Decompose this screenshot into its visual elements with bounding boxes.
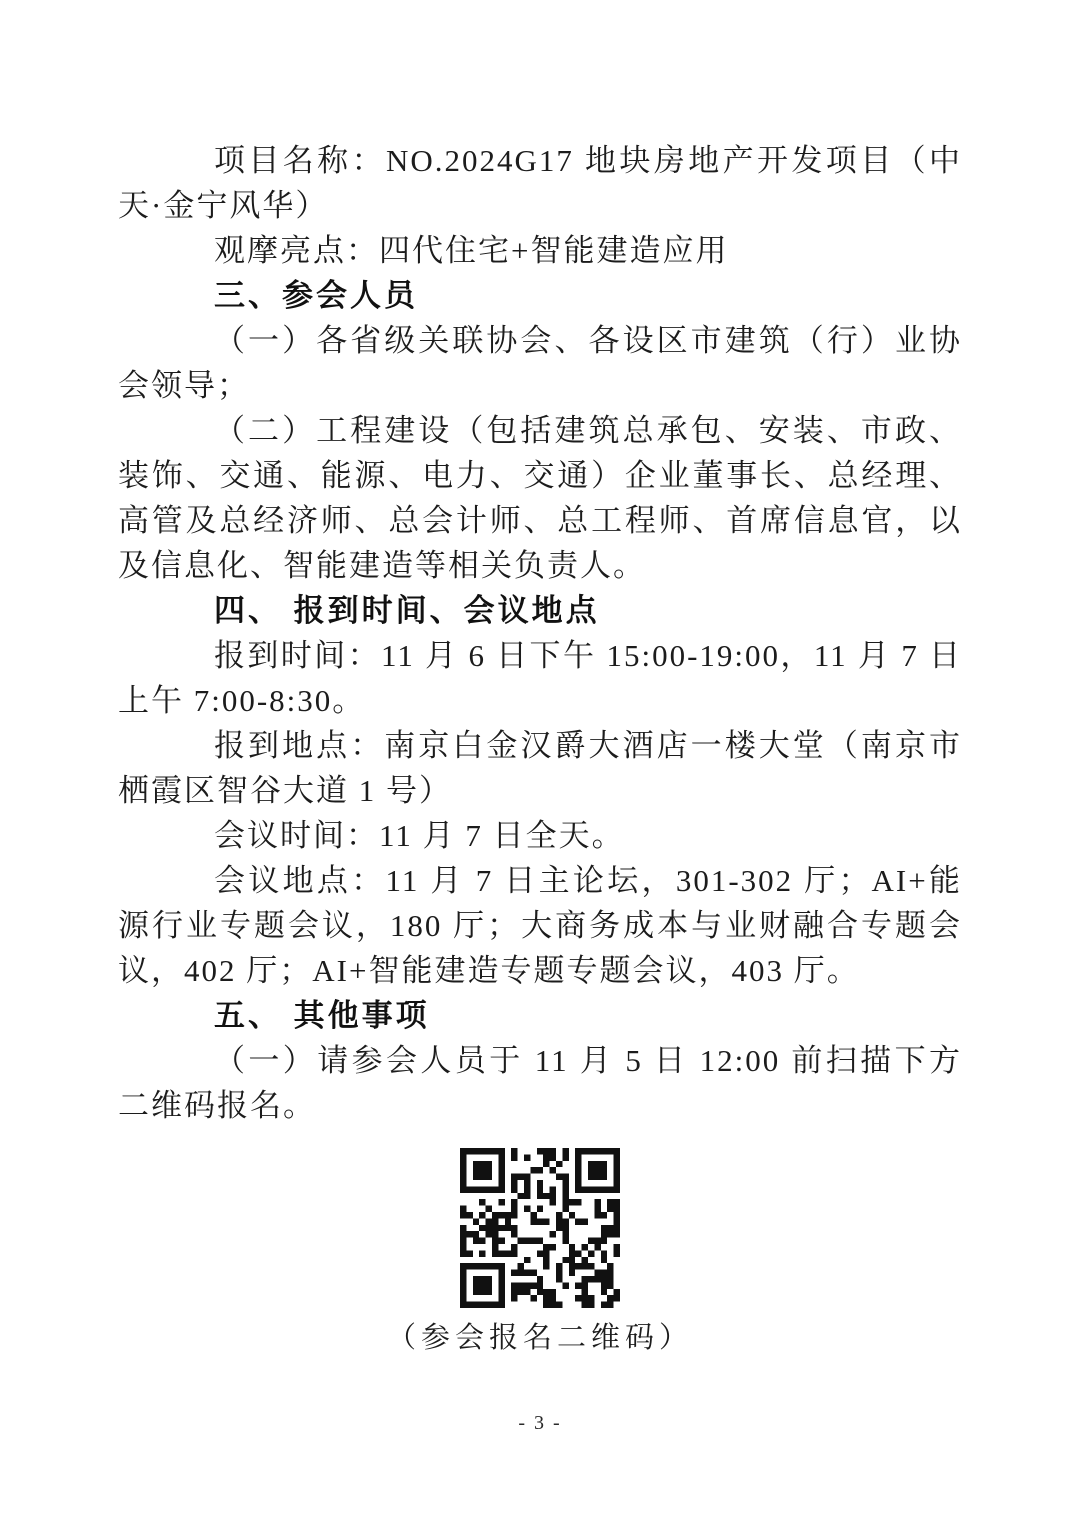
paragraph-participants-1: （一）各省级关联协会、各设区市建筑（行）业协会领导；	[118, 318, 962, 408]
document-page: 项目名称：NO.2024G17 地块房地产开发项目（中天·金宁风华） 观摩亮点：…	[0, 0, 1080, 1527]
paragraph-project-name: 项目名称：NO.2024G17 地块房地产开发项目（中天·金宁风华）	[118, 138, 962, 228]
registration-qr-code-icon	[460, 1148, 620, 1308]
section-heading-registration: 四、 报到时间、会议地点	[118, 588, 962, 633]
paragraph-checkin-time: 报到时间：11 月 6 日下午 15:00-19:00，11 月 7 日上午 7…	[118, 633, 962, 723]
section-heading-other-matters: 五、 其他事项	[118, 993, 962, 1038]
qr-caption: （参会报名二维码）	[118, 1316, 962, 1361]
paragraph-meeting-location: 会议地点：11 月 7 日主论坛，301-302 厅；AI+能源行业专题会议，1…	[118, 858, 962, 993]
section-heading-participants: 三、参会人员	[118, 273, 962, 318]
paragraph-checkin-location: 报到地点：南京白金汉爵大酒店一楼大堂（南京市栖霞区智谷大道 1 号）	[118, 723, 962, 813]
paragraph-scan-qr-notice: （一）请参会人员于 11 月 5 日 12:00 前扫描下方二维码报名。	[118, 1038, 962, 1128]
paragraph-participants-2: （二）工程建设（包括建筑总承包、安装、市政、装饰、交通、能源、电力、交通）企业董…	[118, 408, 962, 588]
paragraph-viewing-highlights: 观摩亮点：四代住宅+智能建造应用	[118, 228, 962, 273]
paragraph-meeting-time: 会议时间：11 月 7 日全天。	[118, 813, 962, 858]
document-body: 项目名称：NO.2024G17 地块房地产开发项目（中天·金宁风华） 观摩亮点：…	[118, 138, 962, 1361]
page-number: - 3 -	[0, 1410, 1080, 1436]
qr-container	[118, 1148, 962, 1308]
